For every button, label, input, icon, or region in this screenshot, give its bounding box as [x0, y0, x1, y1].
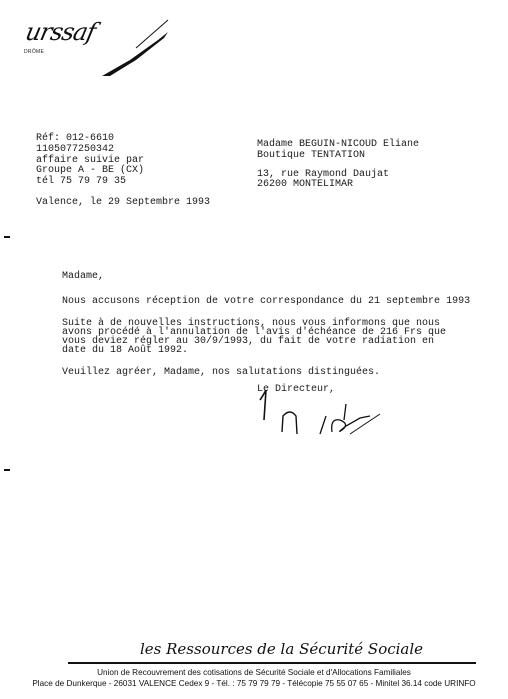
footer-slogan: les Ressources de la Sécurité Sociale [140, 640, 423, 658]
footer-line-1: Union de Recouvrement des cotisations de… [0, 668, 508, 677]
closing: Veuillez agréer, Madame, nos salutations… [62, 368, 380, 378]
handwritten-signature [250, 380, 390, 440]
salutation: Madame, [62, 272, 104, 282]
account-number: 1105077250342 [36, 145, 114, 155]
recipient-city: 26200 MONTELIMAR [257, 180, 353, 190]
recipient-company: Boutique TENTATION [257, 151, 365, 161]
fold-mark [4, 469, 10, 471]
paragraph-1: Nous accusons réception de votre corresp… [62, 297, 470, 307]
recipient-name: Madame BEGUIN-NICOUD Eliane [257, 140, 419, 150]
place-date: Valence, le 29 Septembre 1993 [36, 198, 210, 208]
urssaf-logo: urssaf DRÔME [18, 18, 178, 78]
logo-swoosh-icon [18, 18, 178, 78]
reference: Réf: 012-6610 [36, 134, 114, 144]
logo-subtitle: DRÔME [24, 49, 44, 55]
paragraph-2-line-4: date du 18 Août 1992. [62, 346, 188, 356]
group: Groupe A - BE (CX) [36, 166, 144, 176]
footer-line-2: Place de Dunkerque - 26031 VALENCE Cedex… [0, 679, 508, 688]
footer-rule [68, 662, 476, 664]
fold-mark [4, 236, 10, 238]
phone: tél 75 79 79 35 [36, 177, 126, 187]
